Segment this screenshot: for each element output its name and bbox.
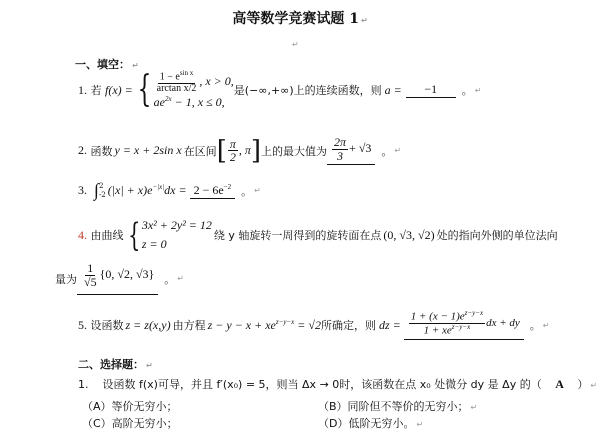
paragraph-mark-icon: ↵	[361, 16, 368, 25]
paragraph-mark-icon: ↵	[471, 403, 478, 412]
piecewise-cases: 1 − esin xarctan x/2, x > 0, ae2x − 1, x…	[154, 70, 234, 111]
paragraph-mark-icon: ↵	[292, 40, 299, 49]
paragraph-mark-icon: ↵	[254, 186, 261, 195]
paragraph-mark-icon: ↵	[590, 381, 597, 390]
question-1-4: 4. 由曲线 { 3x² + 2y² = 12z = 0 绕 y 轴旋转一周得到…	[78, 216, 558, 254]
answer-blank: 2 − 6e−2	[190, 183, 236, 199]
answer-blank: 1 + (x − 1)ez−y−x1 + xez−y−xdx + dy	[404, 310, 524, 340]
question-1-5: 5. 设函数 z = z(x,y) 由方程 z − y − x + xez−y−…	[78, 310, 549, 340]
question-1-3: 3. ∫2-2 (|x| + x)e−|x|dx = 2 − 6e−2 。↵	[78, 180, 261, 201]
answer-blank: −1	[406, 82, 456, 98]
document-title: 高等数学竞赛试题 1↵	[0, 8, 600, 28]
paragraph-mark-icon: ↵	[416, 420, 423, 429]
paragraph-mark-icon: ↵	[177, 274, 184, 283]
paragraph-mark-icon: ↵	[543, 321, 550, 330]
paragraph-mark-icon: ↵	[394, 146, 401, 155]
option-c: （C）高阶无穷小；	[82, 415, 178, 431]
section-choice-heading: 二、选择题：↵	[78, 356, 153, 372]
left-brace: {	[137, 74, 151, 106]
question-1-2: 2. 函数 y = x + 2sin x 在区间 [π2, π] 上的最大值为 …	[78, 136, 401, 165]
question-1-1: 1. 若 f(x) = { 1 − esin xarctan x/2, x > …	[78, 70, 481, 111]
choice-answer: A	[555, 377, 564, 391]
paragraph-mark-icon: ↵	[475, 86, 482, 95]
question-2-1: 1. 设函数 f(x)可导，并且 f′(x₀) = 5，则当 Δx → 0时，该…	[78, 376, 597, 392]
option-a: （A）等价无穷小；	[82, 398, 178, 414]
question-1-4-continued: 量为 1√5{0, √2, √3} 。↵	[55, 262, 184, 295]
option-b: （B）同阶但不等价的无穷小；↵	[318, 398, 477, 414]
answer-blank: 1√5{0, √2, √3}	[77, 262, 158, 295]
paragraph-mark-icon: ↵	[146, 361, 153, 370]
option-d: （D）低阶无穷小。↵	[318, 415, 423, 431]
answer-blank: 2π3+ √3	[327, 136, 375, 165]
